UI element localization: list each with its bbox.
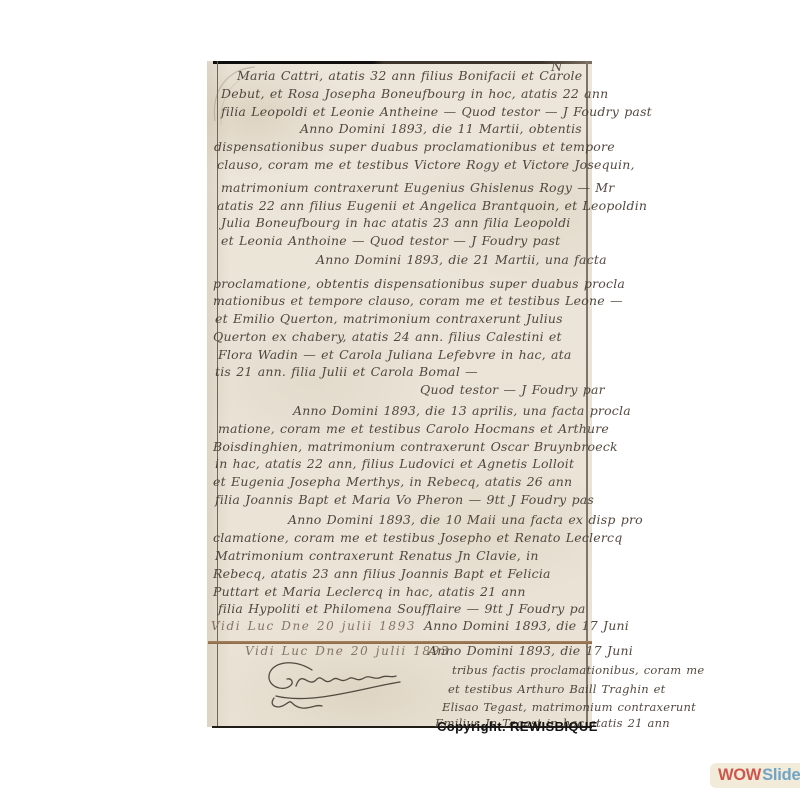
manuscript-line: Boisdinghien, matrimonium contraxerunt O… bbox=[213, 440, 618, 454]
copyright-label: Copyright. REWISBIQUE bbox=[437, 719, 598, 734]
manuscript-line: mationibus et tempore clauso, coram me e… bbox=[213, 294, 623, 308]
manuscript-line: Quod testor — J Foudry par bbox=[420, 383, 605, 397]
manuscript-line: dispensationibus super duabus proclamati… bbox=[214, 140, 615, 154]
manuscript-line: et Eugenia Josepha Merthys, in Rebecq, a… bbox=[213, 475, 572, 489]
manuscript-line: Anno Domini 1893, die 13 aprilis, una fa… bbox=[293, 404, 631, 418]
manuscript-line: filia Joannis Bapt et Maria Vo Pheron — … bbox=[215, 493, 594, 507]
manuscript-line: Anno Domini 1893, die 11 Martii, obtenti… bbox=[300, 122, 582, 136]
manuscript-line: Anno Domini 1893, die 10 Maii una facta … bbox=[288, 513, 643, 527]
manuscript-line: tribus factis proclamationibus, coram me bbox=[452, 663, 704, 677]
manuscript-line: filia Hypoliti et Philomena Soufflaire —… bbox=[218, 602, 585, 616]
manuscript-line: matione, coram me et testibus Carolo Hoc… bbox=[218, 422, 609, 436]
manuscript-line: Anno Domini 1893, die 17 Juni bbox=[428, 644, 633, 658]
manuscript-line: atatis 22 ann filius Eugenii et Angelica… bbox=[217, 199, 647, 213]
manuscript-line: clamatione, coram me et testibus Josepho… bbox=[213, 531, 622, 545]
manuscript-line: filia Leopoldi et Leonie Antheine — Quod… bbox=[221, 105, 652, 119]
manuscript-line: in hac, atatis 22 ann, filius Ludovici e… bbox=[215, 457, 574, 471]
wowslider-slider-text: Slider bbox=[762, 766, 800, 785]
manuscript-line: Elisao Tegast, matrimonium contraxerunt bbox=[442, 700, 696, 714]
manuscript-line: Flora Wadin — et Carola Juliana Lefebvre… bbox=[218, 348, 572, 362]
manuscript-line: Rebecq, atatis 23 ann filius Joannis Bap… bbox=[213, 567, 551, 581]
manuscript-line: Debut, et Rosa Josepha Boneufbourg in ho… bbox=[221, 87, 608, 101]
manuscript-line: Querton ex chabery, atatis 24 ann. filiu… bbox=[213, 330, 562, 344]
manuscript-line: Maria Cattri, atatis 32 ann filius Bonif… bbox=[237, 69, 582, 83]
signature-flourish bbox=[262, 656, 412, 714]
manuscript-line: proclamatione, obtentis dispensationibus… bbox=[213, 277, 625, 291]
manuscript-line: Anno Domini 1893, die 17 Juni bbox=[424, 619, 629, 633]
manuscript-line: tis 21 ann. filia Julii et Carola Bomal … bbox=[215, 365, 478, 379]
manuscript-line: Matrimonium contraxerunt Renatus Jn Clav… bbox=[215, 549, 539, 563]
wowslider-watermark[interactable]: WOW Slider bbox=[710, 763, 800, 788]
manuscript-line: Puttart et Maria Leclercq in hac, atatis… bbox=[213, 585, 526, 599]
manuscript-line: et Emilio Querton, matrimonium contraxer… bbox=[215, 312, 563, 326]
manuscript-line: Vidi Luc Dne 20 julii 1893 bbox=[211, 619, 416, 633]
wowslider-wow-text: WOW bbox=[718, 766, 761, 785]
manuscript-line: Julia Boneufbourg in hac atatis 23 ann f… bbox=[221, 216, 570, 230]
manuscript-line: et testibus Arthuro Baill Traghin et bbox=[448, 682, 666, 696]
page-top-rule bbox=[213, 61, 592, 64]
manuscript-line: clauso, coram me et testibus Victore Rog… bbox=[217, 158, 635, 172]
manuscript-line: matrimonium contraxerunt Eugenius Ghisle… bbox=[221, 181, 614, 195]
manuscript-line: et Leonia Anthoine — Quod testor — J Fou… bbox=[221, 234, 560, 248]
manuscript-line: Anno Domini 1893, die 21 Martii, una fac… bbox=[316, 253, 607, 267]
